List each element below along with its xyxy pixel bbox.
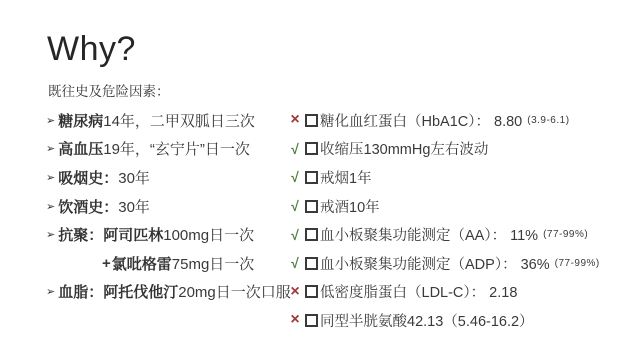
slide-title: Why? xyxy=(47,28,136,70)
item-detail: 75mg日一次 xyxy=(172,253,255,274)
cross-mark-icon: × xyxy=(288,112,302,128)
check-mark-icon: √ xyxy=(288,255,302,271)
result-item-quit-drinking: √ 戒酒10年 xyxy=(288,192,633,221)
result-text: 同型半胱氨酸42.13（5.46-16.2） xyxy=(320,310,534,331)
list-item-drinking: ➢ 饮酒史： 30年 xyxy=(46,192,291,221)
list-item-lipid: ➢ 血脂： 阿托伐他汀 20mg日一次口服 xyxy=(46,278,291,307)
result-text: 血小板聚集功能测定（ADP）： 36% xyxy=(320,253,550,274)
result-text: 血小板聚集功能测定（AA）： 11% xyxy=(320,224,538,245)
presentation-slide: Why? 既往史及危险因素： ➢ 糖尿病 14年，二甲双胍日三次 ➢ 高血压 1… xyxy=(0,0,640,360)
reference-range: (3.9-6.1) xyxy=(527,115,569,126)
item-detail: 100mg日一次 xyxy=(163,224,254,245)
result-text: 糖化血红蛋白（HbA1C）： 8.80 xyxy=(320,110,522,131)
item-detail: 30年 xyxy=(118,167,150,188)
check-mark-icon: √ xyxy=(288,141,302,157)
result-text: 低密度脂蛋白（LDL-C）： 2.18 xyxy=(320,281,517,302)
arrow-bullet-icon: ➢ xyxy=(46,228,55,241)
reference-range: (77-99%) xyxy=(555,258,600,269)
result-item-platelet-aa: √ 血小板聚集功能测定（AA）： 11% (77-99%) xyxy=(288,220,633,249)
arrow-bullet-icon: ➢ xyxy=(46,285,55,298)
list-item-diabetes: ➢ 糖尿病 14年，二甲双胍日三次 xyxy=(46,106,291,135)
check-mark-icon: √ xyxy=(288,227,302,243)
item-drug: 阿司匹林 xyxy=(103,224,163,245)
item-term: 吸烟史： xyxy=(58,167,118,188)
result-text: 戒烟1年 xyxy=(320,167,372,188)
result-text: 收缩压130mmHg左右波动 xyxy=(320,138,488,159)
list-item-clopidogrel: + 氯吡格雷 75mg日一次 xyxy=(46,249,291,278)
list-item-smoking: ➢ 吸烟史： 30年 xyxy=(46,163,291,192)
result-item-hba1c: × 糖化血红蛋白（HbA1C）： 8.80 (3.9-6.1) xyxy=(288,106,633,135)
item-term: 高血压 xyxy=(58,138,103,159)
check-mark-icon: √ xyxy=(288,169,302,185)
result-item-systolic-bp: √ 收缩压130mmHg左右波动 xyxy=(288,135,633,164)
cross-mark-icon: × xyxy=(288,284,302,300)
item-term: 饮酒史： xyxy=(58,196,118,217)
item-term: 糖尿病 xyxy=(58,110,103,131)
plus-sign: + xyxy=(102,255,111,272)
result-item-ldl: × 低密度脂蛋白（LDL-C）： 2.18 xyxy=(288,278,633,307)
history-column: ➢ 糖尿病 14年，二甲双胍日三次 ➢ 高血压 19年，“玄宁片”日一次 ➢ 吸… xyxy=(46,106,291,306)
item-detail: 19年，“玄宁片”日一次 xyxy=(103,138,250,159)
arrow-bullet-icon: ➢ xyxy=(46,114,55,127)
result-item-homocysteine: × 同型半胱氨酸42.13（5.46-16.2） xyxy=(288,306,633,335)
checkbox-icon xyxy=(305,114,318,127)
checkbox-icon xyxy=(305,228,318,241)
result-text: 戒酒10年 xyxy=(320,196,380,217)
item-detail: 30年 xyxy=(118,196,150,217)
item-drug: 阿托伐他汀 xyxy=(103,281,178,302)
check-mark-icon: √ xyxy=(288,198,302,214)
arrow-bullet-icon: ➢ xyxy=(46,142,55,155)
item-drug: 氯吡格雷 xyxy=(112,253,172,274)
results-column: × 糖化血红蛋白（HbA1C）： 8.80 (3.9-6.1) √ 收缩压130… xyxy=(288,106,633,335)
checkbox-icon xyxy=(305,171,318,184)
cross-mark-icon: × xyxy=(288,312,302,328)
result-item-quit-smoking: √ 戒烟1年 xyxy=(288,163,633,192)
list-item-hypertension: ➢ 高血压 19年，“玄宁片”日一次 xyxy=(46,135,291,164)
checkbox-icon xyxy=(305,314,318,327)
item-term: 抗聚： xyxy=(58,224,103,245)
item-detail: 14年，二甲双胍日三次 xyxy=(103,110,255,131)
checkbox-icon xyxy=(305,285,318,298)
arrow-bullet-icon: ➢ xyxy=(46,200,55,213)
checkbox-icon xyxy=(305,142,318,155)
checkbox-icon xyxy=(305,257,318,270)
slide-subtitle: 既往史及危险因素： xyxy=(48,80,170,100)
list-item-antiplatelet: ➢ 抗聚： 阿司匹林 100mg日一次 xyxy=(46,220,291,249)
checkbox-icon xyxy=(305,200,318,213)
reference-range: (77-99%) xyxy=(543,229,588,240)
arrow-bullet-icon: ➢ xyxy=(46,171,55,184)
result-item-platelet-adp: √ 血小板聚集功能测定（ADP）： 36% (77-99%) xyxy=(288,249,633,278)
item-detail: 20mg日一次口服 xyxy=(178,281,291,302)
item-term: 血脂： xyxy=(58,281,103,302)
